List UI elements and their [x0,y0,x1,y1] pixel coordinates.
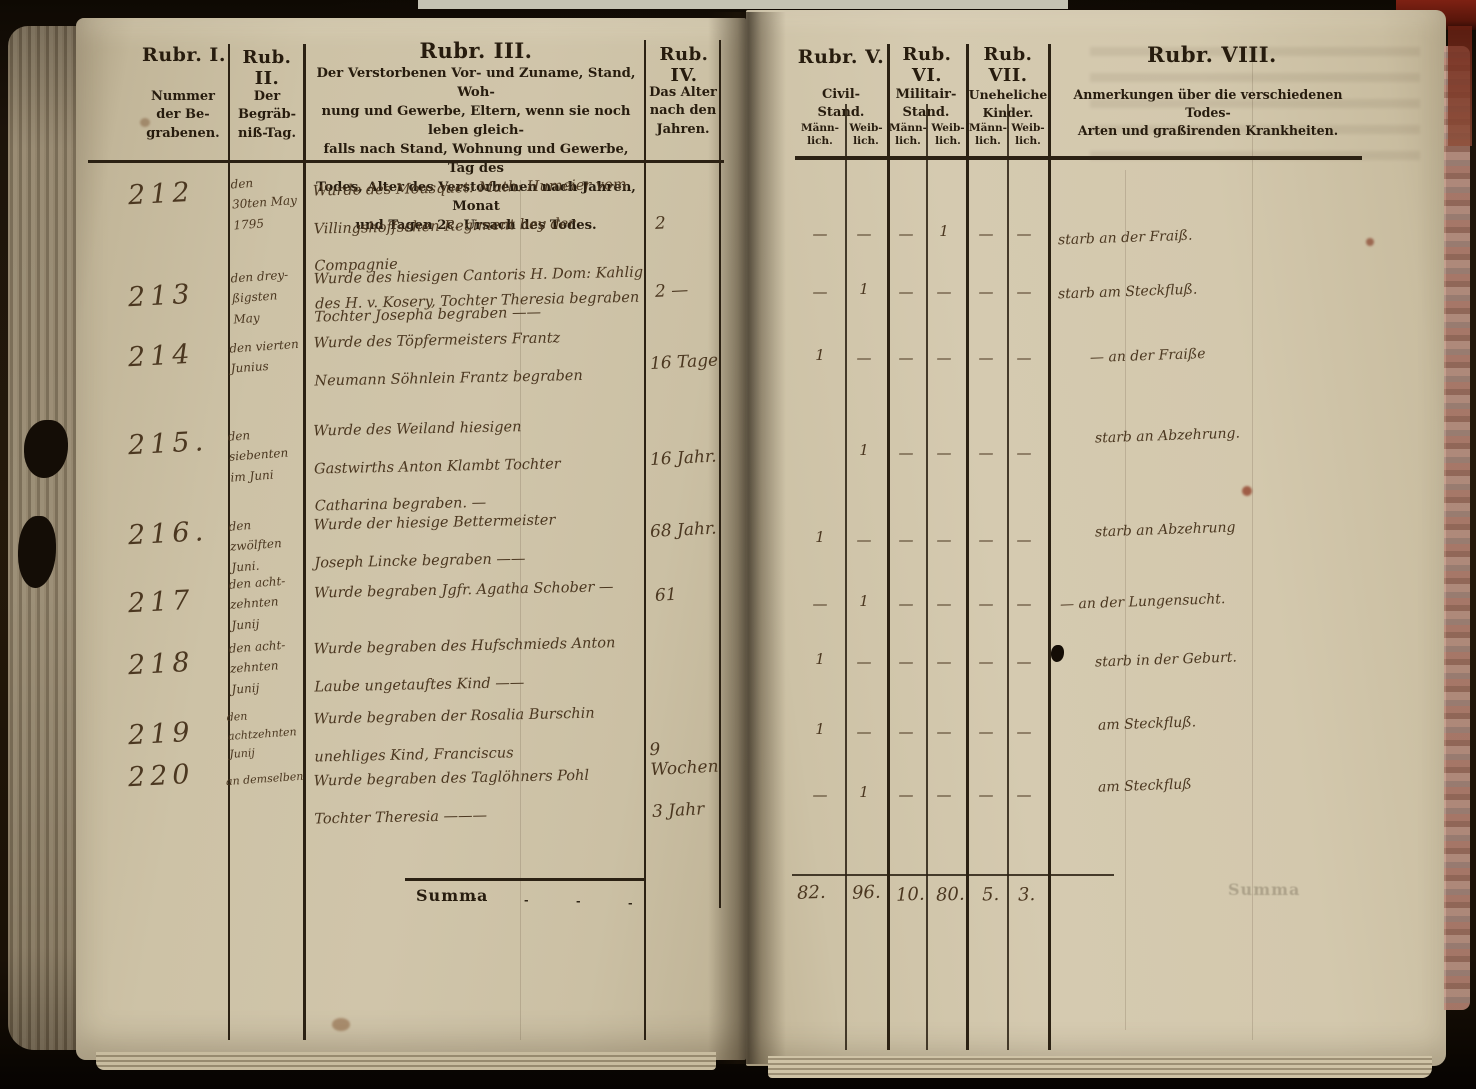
entry-age: 16 Tage [650,350,727,374]
tally-cell: 1 [924,222,964,240]
rubric-3-title: Rubr. III. [308,38,644,63]
tally-cell: 1 [800,528,840,546]
page-stack-bottom-left [96,1052,716,1070]
tally-cell: — [924,653,964,671]
tally-cell: — [844,349,884,367]
rubric-1-title: Rubr. I. [138,44,230,66]
summa-rule-right [792,874,1114,876]
tally-cell: — [924,349,964,367]
entry-age: 16 Jahr. [650,446,727,470]
rubric-8-title: Rubr. VIII. [1062,42,1362,67]
summa-rule-left [405,878,645,881]
tally-cell: — [800,786,840,804]
entry-age: 2 [655,210,726,234]
summa-value-mil-w: 80. [936,883,977,905]
bleedthrough-summa: Summa [1228,880,1300,899]
tally-cell: — [844,531,884,549]
book-photo: Rubr. I. Rub. II. Rubr. III. Rub. IV. Nu… [0,0,1476,1089]
tally-cell: — [966,786,1006,804]
summa-repeat-mark: - [472,892,477,905]
entry-text: Wurde begraben des Hufschmieds Anton Lau… [313,625,649,707]
tally-cell: — [924,595,964,613]
tally-cell: — [924,444,964,462]
entry-age: 3 Jahr [652,798,729,822]
page-edge-right-marbled [1444,46,1470,1010]
entry-date: den acht- zehnten Junij [228,633,310,699]
tally-cell: — [844,723,884,741]
death-cause-note: am Steckfluß. [1098,714,1197,733]
tally-cell: — [844,653,884,671]
entry-age: 61 [655,582,726,606]
entry-age: 68 Jahr. [650,518,727,542]
sub-column-divider [926,104,928,1050]
summa-value-mil-m: 10. [896,883,937,905]
entry-age: 2 — [655,278,726,302]
summa-repeat-mark: - [524,894,529,907]
tally-cell: — [1004,653,1044,671]
tally-cell: — [800,225,840,243]
summa-value-uneh-m: 5. [982,883,1015,905]
rubric-4-title: Rub. IV. [646,44,722,86]
tally-cell: — [966,283,1006,301]
entry-date: den acht- zehnten Junij [228,569,310,635]
brown-stain [140,118,150,127]
tally-cell: — [886,444,926,462]
tally-cell: — [886,225,926,243]
summa-label: Summa [416,886,488,905]
sub-col-maennlich: Männ- lich. [798,122,842,148]
tally-cell: — [1004,595,1044,613]
tally-cell: — [1004,225,1044,243]
entry-date: den 30ten May 1795 [230,170,306,236]
rubric-2-title: Rub. II. [230,47,304,89]
tally-cell: — [924,723,964,741]
tally-cell: — [844,225,884,243]
tally-cell: — [924,283,964,301]
tally-cell: — [1004,444,1044,462]
tally-cell: — [924,531,964,549]
sub-col-weiblich: Weib- lich. [928,122,968,148]
tally-cell: — [886,531,926,549]
entry-number: 220 [127,758,215,793]
tally-cell: — [886,723,926,741]
page-edge-red [1448,26,1472,146]
brown-stain [332,1018,350,1031]
rubric-5-label: Civil- Stand. [796,86,886,123]
entry-number: 218 [127,646,215,681]
tally-cell: — [1004,349,1044,367]
tally-cell: — [886,349,926,367]
tally-cell: — [966,225,1006,243]
tally-cell: — [886,283,926,301]
summa-repeat-mark: - [628,897,633,910]
entry-number: 216. [127,516,215,551]
tally-cell: — [1004,786,1044,804]
tally-cell: — [1004,723,1044,741]
entry-number: 214 [127,338,215,373]
sub-column-divider [1007,104,1009,1050]
entry-date: den achtzehnten Junij [226,703,314,765]
tally-cell: — [966,595,1006,613]
red-spot [1366,238,1374,246]
tally-cell: 1 [844,783,884,801]
entry-text: Wurde begraben des Taglöhners Pohl Tocht… [313,757,649,839]
background-strip [418,0,1068,9]
rubric-5-title: Rubr. V. [796,46,886,68]
tally-cell: — [966,531,1006,549]
tally-cell: — [886,786,926,804]
tally-cell: — [800,595,840,613]
tally-cell: 1 [800,650,840,668]
rubric-8-label: Anmerkungen über die verschiedenen Todes… [1054,86,1362,140]
sub-col-maennlich: Männ- lich. [888,122,928,148]
entry-date: den drey- ßigsten May [230,264,306,330]
sub-col-weiblich: Weib- lich. [1008,122,1048,148]
death-cause-note: am Steckfluß [1098,776,1192,795]
red-spot [1242,486,1252,496]
tally-cell: — [966,723,1006,741]
tally-cell: — [1004,283,1044,301]
entry-text: Wurde des Töpfermeisters Frantz Neumann … [313,319,649,401]
rubric-4-label: Das Alter nach den Jahren. [644,84,722,139]
entry-number: 215. [127,426,215,461]
summa-repeat-mark: - [576,895,581,908]
entry-number: 219 [127,716,215,751]
tally-cell: — [800,283,840,301]
header-underline-right [795,156,1362,160]
header-underline-left [88,160,724,163]
entry-text: Wurde begraben Jgfr. Agatha Schober — [314,569,649,614]
sub-column-divider [845,104,847,1050]
tally-cell: — [966,444,1006,462]
entry-date: den zwölften Juni. [228,511,308,577]
tally-cell: 1 [844,592,884,610]
summa-value-civil-m: 82. [797,881,846,904]
tally-cell: 1 [800,346,840,364]
tally-cell: — [924,786,964,804]
summa-value-civil-w: 96. [852,881,893,903]
entry-age: 9 Wochen [649,736,731,780]
summa-value-uneh-w: 3. [1018,883,1055,905]
tally-cell: — [966,653,1006,671]
rubric-6-title: Rub. VI. [888,44,966,86]
tally-cell: 1 [844,280,884,298]
entry-date: den siebenten im Juni [227,421,309,487]
entry-number: 212 [127,176,215,211]
sub-col-maennlich: Männ- lich. [968,122,1008,148]
page-stack-bottom-right [768,1056,1432,1078]
tally-cell: — [966,349,1006,367]
sub-col-weiblich: Weib- lich. [844,122,888,148]
entry-number: 217 [127,584,215,619]
entry-number: 213 [127,278,215,313]
rubric-1-label: Nummer der Be- grabenen. [136,88,230,143]
tally-cell: 1 [844,441,884,459]
tally-cell: — [886,653,926,671]
tally-cell: 1 [800,720,840,738]
tally-cell: — [886,595,926,613]
tally-cell: — [1004,531,1044,549]
rubric-7-title: Rub. VII. [968,44,1048,86]
column-divider [719,40,721,908]
entry-date: den vierten Junius [229,333,308,379]
rubric-2-label: Der Begräb- niß-Tag. [230,88,304,143]
